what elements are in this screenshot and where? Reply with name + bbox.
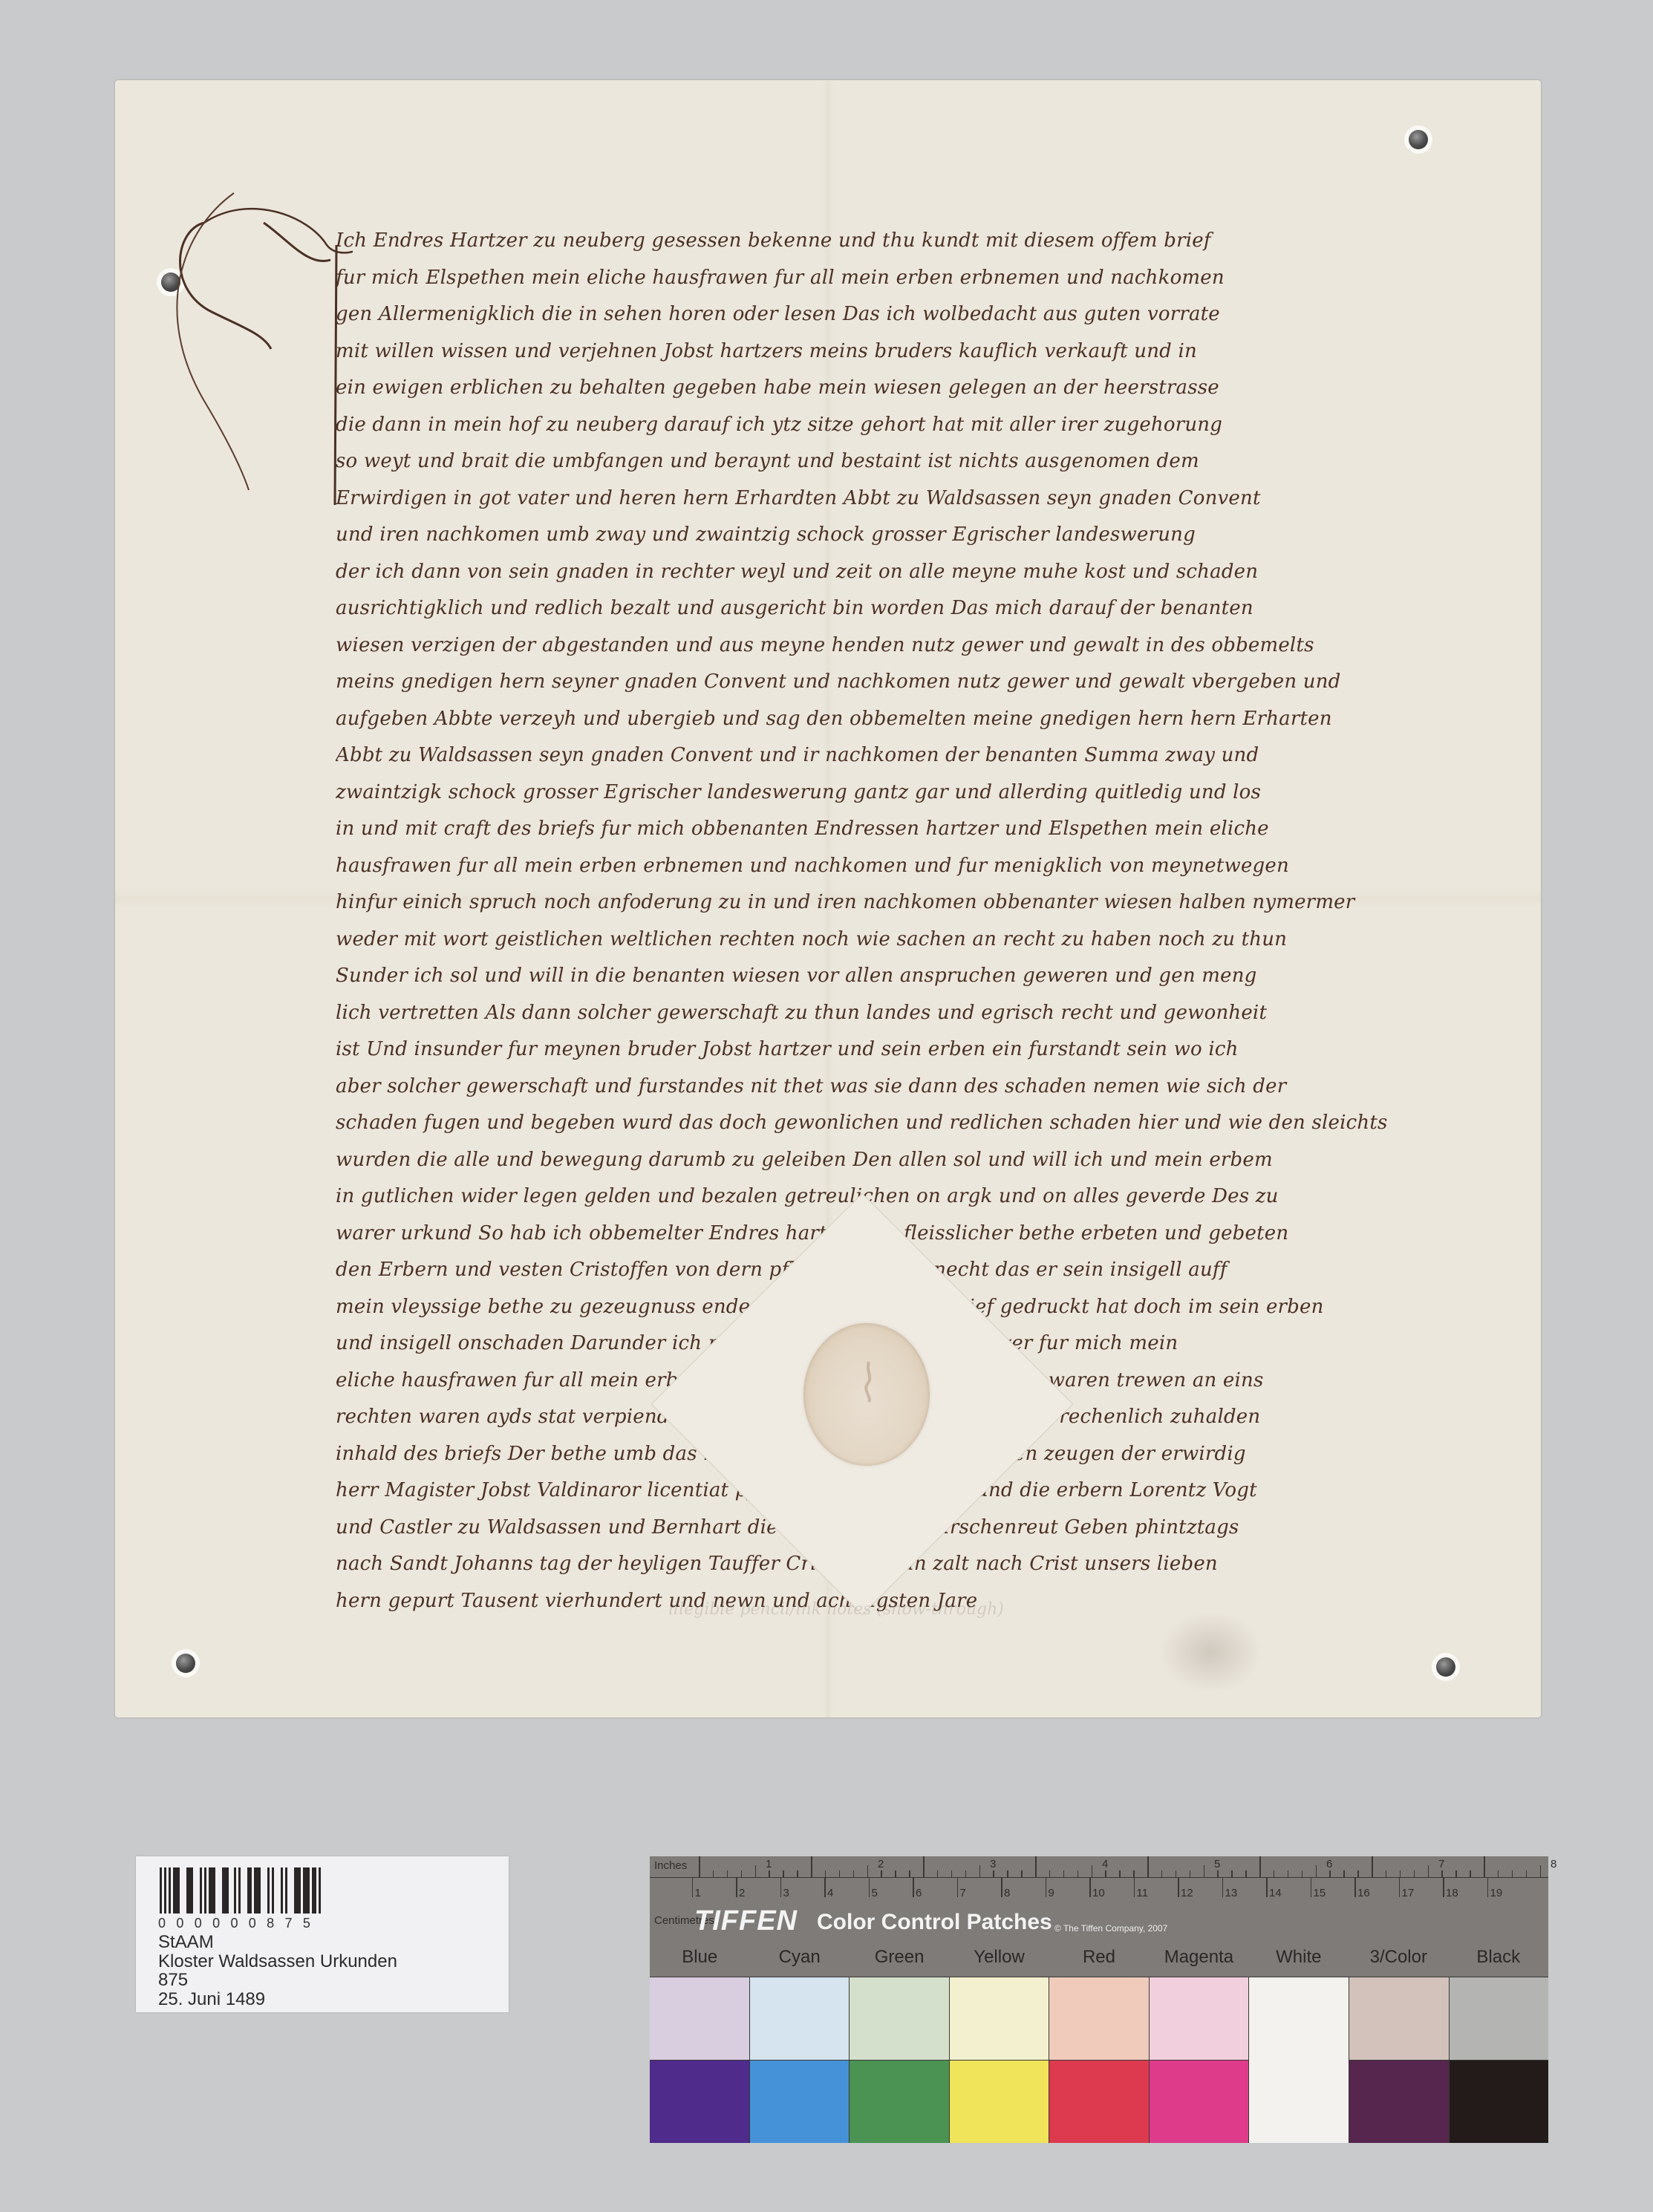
patch-column-red [1049, 1977, 1150, 2143]
cm-tick [780, 1878, 782, 1897]
cm-number: 7 [960, 1887, 966, 1899]
patch-dark [1049, 2061, 1149, 2143]
inch-tick [1161, 1870, 1163, 1877]
barcode-digit: 0 [176, 1916, 183, 1931]
cm-number: 10 [1092, 1887, 1105, 1899]
cm-number: 5 [872, 1887, 878, 1899]
cm-tick [824, 1878, 826, 1897]
document-date: 25. Juni 1489 [158, 1990, 397, 2009]
patch-light [1349, 1977, 1449, 2061]
inches-label: Inches [654, 1859, 687, 1872]
inch-tick [937, 1870, 939, 1877]
inch-tick [1372, 1856, 1373, 1877]
patch-column-yellow [950, 1977, 1050, 2143]
inch-tick [1428, 1865, 1429, 1877]
archive-label: 0 0 0 0 0 0 8 7 5 StAAM Kloster Waldsass… [136, 1856, 509, 2012]
inch-tick [979, 1865, 981, 1877]
inch-tick [1190, 1870, 1191, 1877]
inch-tick [783, 1870, 784, 1877]
inch-tick [1357, 1870, 1359, 1877]
cm-tick [1487, 1878, 1489, 1897]
inch-tick [769, 1870, 770, 1877]
text-line: Erwirdigen in got vater und heren hern E… [336, 480, 1450, 518]
patch-dark [950, 2061, 1049, 2143]
patch-dark [1349, 2061, 1449, 2143]
inch-tick [741, 1870, 743, 1877]
centimetre-ruler: 12345678910111213141516171819 [650, 1878, 1548, 1905]
inch-tick [1329, 1870, 1331, 1877]
text-line: in und mit craft des briefs fur mich obb… [336, 811, 1450, 848]
text-line: wurden die alle und bewegung darumb zu g… [336, 1142, 1450, 1179]
inch-tick [853, 1870, 855, 1877]
text-line: in gutlichen wider legen gelden und beza… [336, 1178, 1450, 1216]
color-control-chart: Inches 12345678 123456789101112131415161… [650, 1856, 1548, 2142]
inch-tick [1176, 1870, 1177, 1877]
inch-number: 6 [1326, 1858, 1332, 1870]
inch-tick [895, 1870, 896, 1877]
inch-tick [811, 1856, 812, 1877]
inch-tick [1119, 1870, 1121, 1877]
cm-tick [1443, 1878, 1444, 1897]
barcode-number: 0 0 0 0 0 0 8 7 5 [158, 1916, 310, 1931]
patch-label-white: White [1249, 1947, 1349, 1977]
cm-tick [1354, 1878, 1356, 1897]
text-line: Ich Endres Hartzer zu neuberg gesessen b… [336, 223, 1450, 260]
inch-tick [1049, 1870, 1051, 1877]
inch-tick [1217, 1870, 1219, 1877]
inch-tick [727, 1870, 728, 1877]
text-line: schaden fugen und begeben wurd das doch … [336, 1105, 1450, 1142]
patch-light [650, 1977, 749, 2061]
cm-number: 6 [916, 1887, 922, 1899]
text-line: aufgeben Abbte verzeyh und ubergieb und … [336, 701, 1450, 738]
text-line: und iren nachkomen umb zway und zwaintzi… [336, 517, 1450, 554]
stain [1158, 1611, 1262, 1693]
text-line: wiesen verzigen der abgestanden und aus … [336, 627, 1450, 665]
document-number: 875 [158, 1971, 397, 1990]
patch-label-magenta: Magenta [1149, 1947, 1248, 1977]
collection-name: Kloster Waldsassen Urkunden [158, 1952, 397, 1971]
patch-dark [750, 2061, 850, 2143]
inch-tick [1077, 1870, 1079, 1877]
inch-tick [1259, 1856, 1261, 1877]
magnet-top-right [1409, 130, 1428, 149]
cm-number: 1 [695, 1887, 701, 1899]
copyright-text: © The Tiffen Company, 2007 [1054, 1923, 1167, 1934]
cm-tick [1399, 1878, 1401, 1897]
barcode [160, 1867, 323, 1914]
patch-light [950, 1977, 1049, 2061]
text-line: Sunder ich sol und will in die benanten … [336, 958, 1450, 995]
cm-number: 2 [739, 1887, 745, 1899]
barcode-digit: 0 [212, 1916, 220, 1931]
label-text: StAAM Kloster Waldsassen Urkunden 875 25… [158, 1933, 397, 2009]
inch-tick [1133, 1870, 1135, 1877]
inch-tick [1316, 1865, 1317, 1877]
inch-tick [1147, 1856, 1149, 1877]
cm-number: 12 [1181, 1887, 1193, 1899]
text-line: hausfrawen fur all mein erben erbnemen u… [336, 848, 1450, 885]
inch-tick [713, 1870, 714, 1877]
inch-tick [1092, 1865, 1093, 1877]
patch-column-blue [650, 1977, 750, 2143]
cm-tick [1134, 1878, 1135, 1897]
inch-tick [881, 1870, 882, 1877]
barcode-digit: 0 [195, 1916, 202, 1931]
inch-tick [839, 1870, 841, 1877]
patch-label-yellow: Yellow [949, 1947, 1049, 1977]
cm-number: 14 [1269, 1887, 1282, 1899]
barcode-digit: 7 [285, 1916, 293, 1931]
inch-number: 7 [1438, 1858, 1444, 1870]
inch-tick [1204, 1865, 1205, 1877]
patch-label-cyan: Cyan [749, 1947, 849, 1977]
inch-tick [1343, 1870, 1345, 1877]
patch-label-green: Green [850, 1947, 949, 1977]
patch-label-black: Black [1449, 1947, 1548, 1977]
text-line: mit willen wissen und verjehnen Jobst ha… [336, 333, 1450, 371]
inch-number: 3 [990, 1858, 996, 1870]
inch-number: 1 [766, 1858, 772, 1870]
patch-light [1049, 1977, 1149, 2061]
magnet-bottom-right [1436, 1657, 1455, 1677]
inch-tick [1021, 1870, 1023, 1877]
cm-number: 15 [1314, 1887, 1326, 1899]
inch-tick [1484, 1856, 1485, 1877]
cm-number: 11 [1137, 1887, 1149, 1899]
inch-number: 2 [878, 1858, 884, 1870]
inch-tick [797, 1870, 798, 1877]
inch-tick [1231, 1870, 1233, 1877]
cm-tick [1001, 1878, 1002, 1897]
patch-dark [1150, 2061, 1249, 2143]
patch-label-3color: 3/Color [1349, 1947, 1448, 1977]
text-line: zwaintzigk schock grosser Egrischer land… [336, 774, 1450, 812]
barcode-digit: 0 [230, 1916, 238, 1931]
inch-tick [699, 1856, 700, 1877]
inch-tick [755, 1865, 757, 1877]
patch-dark [650, 2061, 749, 2143]
inch-tick [1274, 1870, 1275, 1877]
text-line: fur mich Elspethen mein eliche hausfrawe… [336, 260, 1450, 297]
patch-dark [850, 2061, 949, 2143]
cm-tick [1178, 1878, 1179, 1897]
inch-number: 4 [1102, 1858, 1108, 1870]
tiffen-logo: TIFFEN [694, 1905, 798, 1937]
text-line: ein ewigen erblichen zu behalten gegeben… [336, 370, 1450, 407]
inch-tick [909, 1870, 910, 1877]
chart-title: Color Control Patches [817, 1910, 1052, 1935]
text-line: hinfur einich spruch noch anfoderung zu … [336, 884, 1450, 921]
barcode-digit: 0 [158, 1916, 166, 1931]
patch-light [850, 1977, 949, 2061]
patch-dark [1450, 2061, 1549, 2143]
inch-tick [1386, 1870, 1387, 1877]
barcode-digit: 8 [267, 1916, 274, 1931]
cm-number: 8 [1004, 1887, 1010, 1899]
patch-light [1450, 1977, 1549, 2061]
text-line: die dann in mein hof zu neuberg darauf i… [336, 407, 1450, 444]
text-line: der ich dann von sein gnaden in rechter … [336, 554, 1450, 591]
cm-tick [692, 1878, 694, 1897]
inch-tick [1245, 1870, 1247, 1877]
inch-tick [1063, 1870, 1065, 1877]
show-through-note: illegible pencil/ink notes (show-through… [668, 1600, 1004, 1619]
cm-tick [869, 1878, 870, 1897]
inch-tick [1400, 1870, 1401, 1877]
patch-column-magenta [1150, 1977, 1250, 2143]
magnet-bottom-left [176, 1654, 195, 1673]
cm-number: 13 [1225, 1887, 1238, 1899]
cm-number: 3 [783, 1887, 789, 1899]
inch-tick [825, 1870, 826, 1877]
patch-light [750, 1977, 850, 2061]
color-patches [650, 1977, 1548, 2143]
archive-name: StAAM [158, 1933, 397, 1952]
inch-tick [1455, 1870, 1457, 1877]
text-line: meins gnedigen hern seyner gnaden Conven… [336, 664, 1450, 701]
inch-tick [1540, 1865, 1542, 1877]
text-line: Abbt zu Waldsassen seyn gnaden Convent u… [336, 737, 1450, 774]
cm-tick [1089, 1878, 1091, 1897]
inch-tick [1414, 1870, 1415, 1877]
inch-tick [1498, 1870, 1499, 1877]
text-line: lich vertretten Als dann solcher gewersc… [336, 995, 1450, 1032]
patch-column-green [850, 1977, 950, 2143]
cm-number: 16 [1357, 1887, 1370, 1899]
decorated-initial [160, 119, 353, 505]
inch-tick [951, 1870, 953, 1877]
text-line: ist Und insunder fur meynen bruder Jobst… [336, 1031, 1450, 1069]
patch-column-black [1450, 1977, 1549, 2143]
patch-column-white [1249, 1977, 1349, 2143]
patch-labels: Blue Cyan Green Yellow Red Magenta White… [650, 1947, 1548, 1977]
inch-ruler: Inches 12345678 [650, 1856, 1548, 1878]
patch-column-cyan [750, 1977, 850, 2143]
cm-number: 4 [827, 1887, 833, 1899]
cm-tick [1311, 1878, 1312, 1897]
patch-label-red: Red [1049, 1947, 1149, 1977]
barcode-digit: 5 [303, 1916, 310, 1931]
inch-tick [1512, 1870, 1513, 1877]
inch-tick [1470, 1870, 1471, 1877]
inch-tick [1526, 1870, 1528, 1877]
inch-tick [965, 1870, 967, 1877]
inch-tick [867, 1865, 869, 1877]
patch-light [1150, 1977, 1249, 2061]
text-line: weder mit wort geistlichen weltlichen re… [336, 921, 1450, 959]
patch-white [1249, 1977, 1349, 2143]
cm-number: 17 [1402, 1887, 1415, 1899]
text-line: so weyt und brait die umbfangen und bera… [336, 443, 1450, 480]
cm-number: 9 [1049, 1887, 1054, 1899]
cm-tick [1046, 1878, 1047, 1897]
patch-column-3color [1349, 1977, 1450, 2143]
text-line: ausrichtigklich und redlich bezalt und a… [336, 590, 1450, 627]
inch-tick [923, 1856, 925, 1877]
inch-tick [1302, 1870, 1303, 1877]
inch-tick [1105, 1870, 1106, 1877]
cm-tick [1222, 1878, 1224, 1897]
cm-number: 19 [1490, 1887, 1503, 1899]
inch-tick [1441, 1870, 1443, 1877]
barcode-digit: 0 [249, 1916, 256, 1931]
text-line: gen Allermenigklich die in sehen horen o… [336, 296, 1450, 333]
inch-number: 8 [1551, 1858, 1556, 1870]
cm-tick [736, 1878, 737, 1897]
seal-emblem-icon [854, 1359, 884, 1403]
patch-label-blue: Blue [650, 1947, 749, 1977]
text-line: aber solcher gewerschaft und furstandes … [336, 1069, 1450, 1106]
inch-tick [1035, 1856, 1037, 1877]
inch-number: 5 [1214, 1858, 1220, 1870]
cm-tick [1266, 1878, 1268, 1897]
inch-tick [1007, 1870, 1008, 1877]
inch-tick [993, 1870, 994, 1877]
cm-tick [913, 1878, 914, 1897]
cm-tick [957, 1878, 959, 1897]
cm-number: 18 [1446, 1887, 1458, 1899]
inch-tick [1288, 1870, 1289, 1877]
